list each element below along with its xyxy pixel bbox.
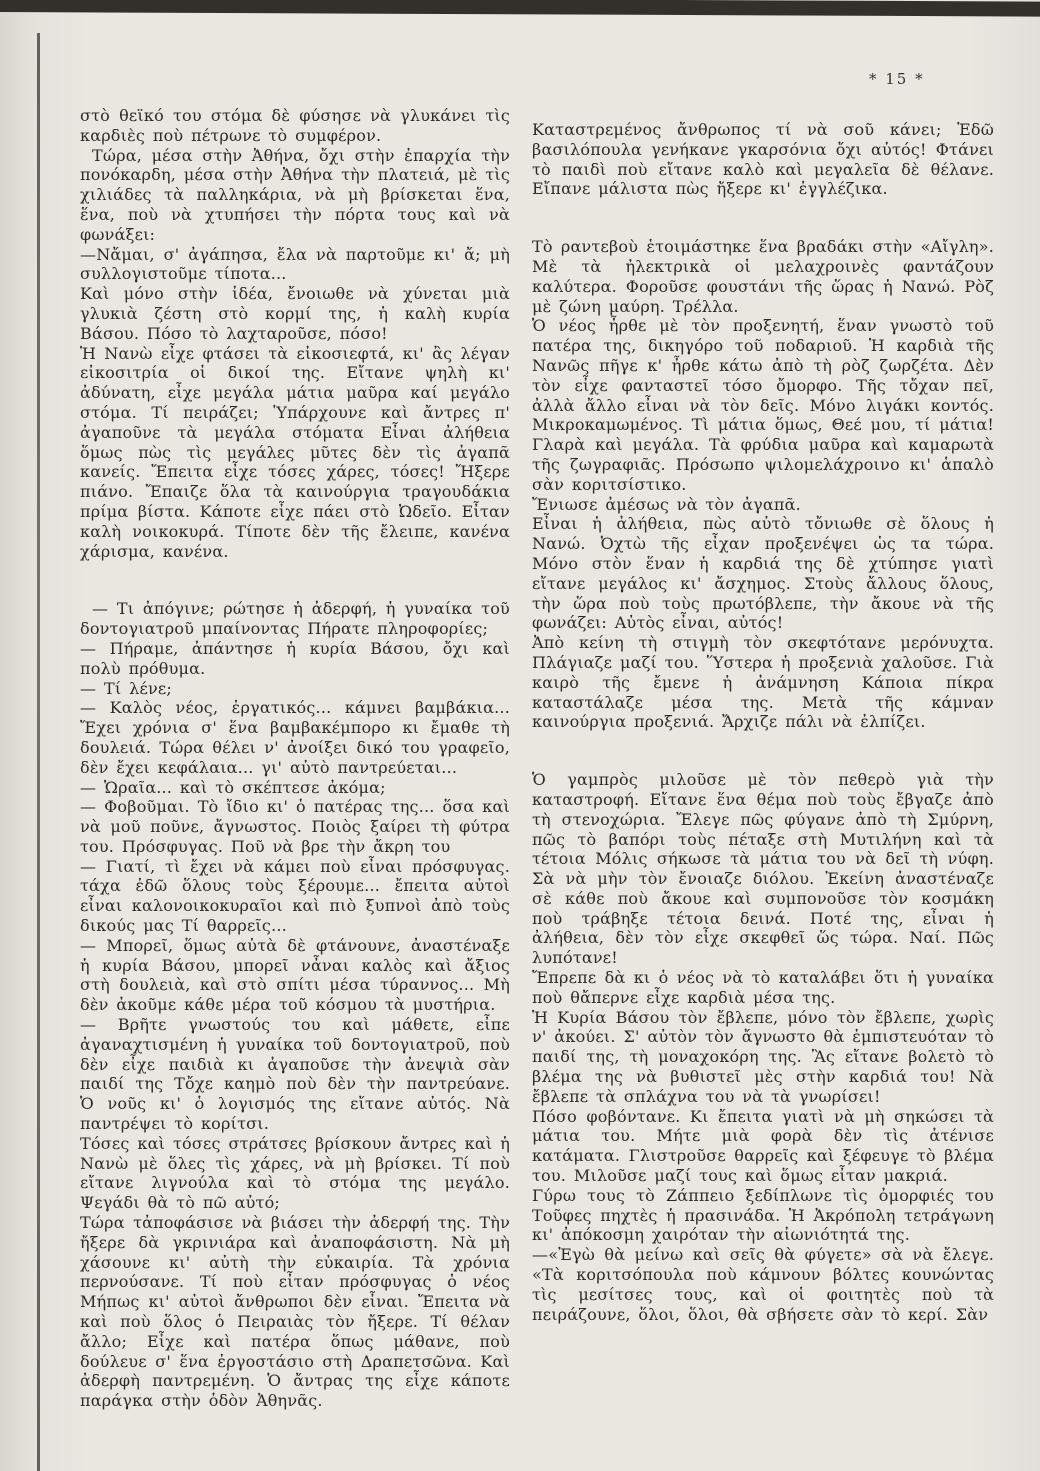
body-paragraph: στὸ θεϊκό του στόμα δὲ φύσησε νὰ γλυκάνε… — [80, 106, 510, 146]
dialogue-paragraph: — Καλὸς νέος, ἐργατικός... κάμνει βαμβάκ… — [80, 698, 510, 777]
text-columns: στὸ θεϊκό του στόμα δὲ φύσησε νὰ γλυκάνε… — [80, 106, 994, 1411]
body-paragraph: Τώρα, μέσα στὴν Ἀθήνα, ὄχι στὴν ἐπαρχία … — [80, 146, 510, 245]
dialogue-paragraph: — Φοβοῦμαι. Τὸ ἴδιο κι' ὁ πατέρας της...… — [80, 797, 510, 856]
dialogue-paragraph: — Μπορεῖ, ὅμως αὐτὰ δὲ φτάνουνε, ἀναστέν… — [80, 936, 510, 1015]
text-column-right: Καταστρεμένος ἄνθρωπος τί νὰ σοῦ κάνει; … — [532, 106, 994, 1411]
body-paragraph: Τὸ ραντεβοὺ ἑτοιμάστηκε ἕνα βραδάκι στὴν… — [532, 237, 994, 316]
scan-edge-left-line — [37, 33, 40, 1471]
body-paragraph: Ὁ νέος ἦρθε μὲ τὸν προξενητή, ἕναν γνωστ… — [532, 316, 994, 494]
dialogue-paragraph: — Βρῆτε γνωστούς του καὶ μάθετε, εἶπε ἀγ… — [80, 1015, 510, 1134]
text-column-left: στὸ θεϊκό του στόμα δὲ φύσησε νὰ γλυκάνε… — [80, 106, 510, 1411]
body-paragraph: Ἀπὸ κείνη τὴ στιγμὴ τὸν σκεφτότανε μερόν… — [532, 633, 994, 732]
page-number: * 15 * — [869, 70, 925, 88]
body-paragraph: Ἔνιωσε ἀμέσως νὰ τὸν ἀγαπᾶ. — [532, 495, 994, 515]
dialogue-paragraph: — Ὡραῖα... καὶ τὸ σκέπτεσε ἀκόμα; — [80, 778, 510, 798]
dialogue-paragraph: — Τι ἀπόγινε; ρώτησε ἡ ἀδερφή, ἡ γυναίκα… — [80, 599, 510, 639]
body-paragraph: Ἔπρεπε δὰ κι ὁ νέος νὰ τὸ καταλάβει ὅτι … — [532, 968, 994, 1008]
dialogue-paragraph: — Πήραμε, ἀπάντησε ἡ κυρία Βάσου, ὄχι κα… — [80, 639, 510, 679]
body-paragraph: Καὶ μόνο στὴν ἰδέα, ἔνοιωθε νὰ χύνεται μ… — [80, 284, 510, 343]
dialogue-paragraph: —«Ἐγὼ θὰ μείνω καὶ σεῖς θὰ φύγετε» σὰ νὰ… — [532, 1245, 994, 1324]
body-paragraph: Τόσες καὶ τόσες στράτσες βρίσκουν ἄντρες… — [80, 1134, 510, 1213]
body-paragraph: Ὁ γαμπρὸς μιλοῦσε μὲ τὸν πεθερὸ γιὰ τὴν … — [532, 770, 994, 968]
dialogue-paragraph: —Νἄμαι, σ' ἀγάπησα, ἔλα νὰ παρτοῦμε κι' … — [80, 245, 510, 285]
body-paragraph: Εἶναι ἡ ἀλήθεια, πὼς αὐτὸ τὄνιωθε σὲ ὅλο… — [532, 514, 994, 633]
body-paragraph: Ἡ Κυρία Βάσου τὸν ἔβλεπε, μόνο τὸν ἔβλεπ… — [532, 1008, 994, 1107]
body-paragraph: Καταστρεμένος ἄνθρωπος τί νὰ σοῦ κάνει; … — [532, 120, 994, 199]
body-paragraph: Γύρω τους τὸ Ζάππειο ξεδίπλωνε τὶς ὀμορφ… — [532, 1186, 994, 1245]
body-paragraph: Τώρα τἀποφάσισε νὰ βιάσει τὴν ἀδερφή της… — [80, 1213, 510, 1411]
scan-edge-top — [0, 0, 1040, 17]
dialogue-paragraph: — Τί λένε; — [80, 679, 510, 699]
body-paragraph: Ἡ Νανὼ εἶχε φτάσει τὰ εἰκοσιεφτά, κι' ἂς… — [80, 344, 510, 562]
dialogue-paragraph: — Γιατί, τὶ ἔχει νὰ κάμει ποὺ εἶναι πρόσ… — [80, 857, 510, 936]
scanned-book-page: * 15 * στὸ θεϊκό του στόμα δὲ φύσησε νὰ … — [0, 0, 1040, 1471]
body-paragraph: Πόσο φοβόντανε. Κι ἔπειτα γιατὶ νὰ μὴ ση… — [532, 1107, 994, 1186]
